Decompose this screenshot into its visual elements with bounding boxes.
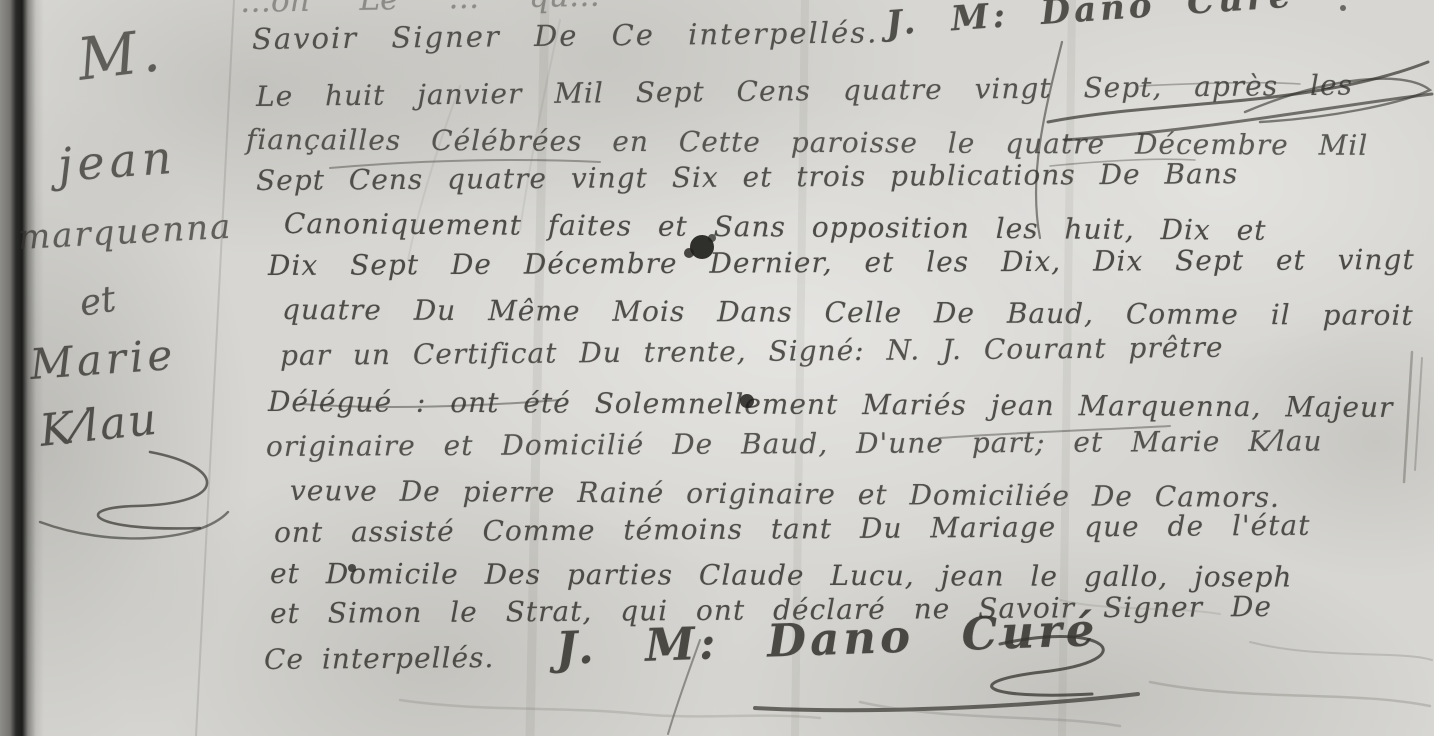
margin-bride-first-name: Marie: [28, 330, 177, 389]
page-crease: [196, 0, 234, 736]
record-line: Le huit janvier Mil Sept Cens quatre vin…: [256, 69, 1353, 113]
record-line: fiançailles Célébrées en Cette paroisse …: [246, 123, 1368, 162]
record-line: Délégué : ont été Solemnellement Mariés …: [268, 385, 1394, 424]
previous-record-fragment: …on Le … qu…: [240, 0, 601, 20]
record-line: par un Certificat Du trente, Signé: N. J…: [280, 331, 1224, 372]
margin-bride-surname: K⁄lau: [37, 394, 161, 457]
priest-signature-top: J. M: Dano Curé: [885, 0, 1296, 44]
record-line: originaire et Domicilié De Baud, D'une p…: [266, 424, 1323, 463]
margin-conjunction: et: [77, 279, 119, 325]
record-line: Sept Cens quatre vingt Six et trois publ…: [256, 157, 1238, 197]
record-line: Canoniquement faites et Sans opposition …: [284, 207, 1267, 247]
margin-flourish: [40, 452, 228, 538]
record-line: Ce interpellés.: [264, 641, 495, 676]
margin-groom-first-name: jean: [56, 130, 178, 192]
register-page-scan: M. jean marquenna et Marie K⁄lau …on Le …: [0, 0, 1434, 736]
record-line: Dix Sept De Décembre Dernier, et les Dix…: [268, 243, 1415, 282]
record-line: ont assisté Comme témoins tant Du Mariag…: [274, 509, 1311, 549]
record-line: veuve De pierre Rainé originaire et Domi…: [290, 474, 1280, 514]
previous-record-closing-line: Savoir Signer De Ce interpellés.: [252, 15, 879, 56]
margin-groom-surname: marquenna: [17, 207, 233, 258]
record-line: quatre Du Même Mois Dans Celle De Baud, …: [282, 293, 1414, 332]
record-line: et Domicile Des parties Claude Lucu, jea…: [270, 557, 1293, 594]
margin-monogram: M.: [74, 16, 167, 94]
